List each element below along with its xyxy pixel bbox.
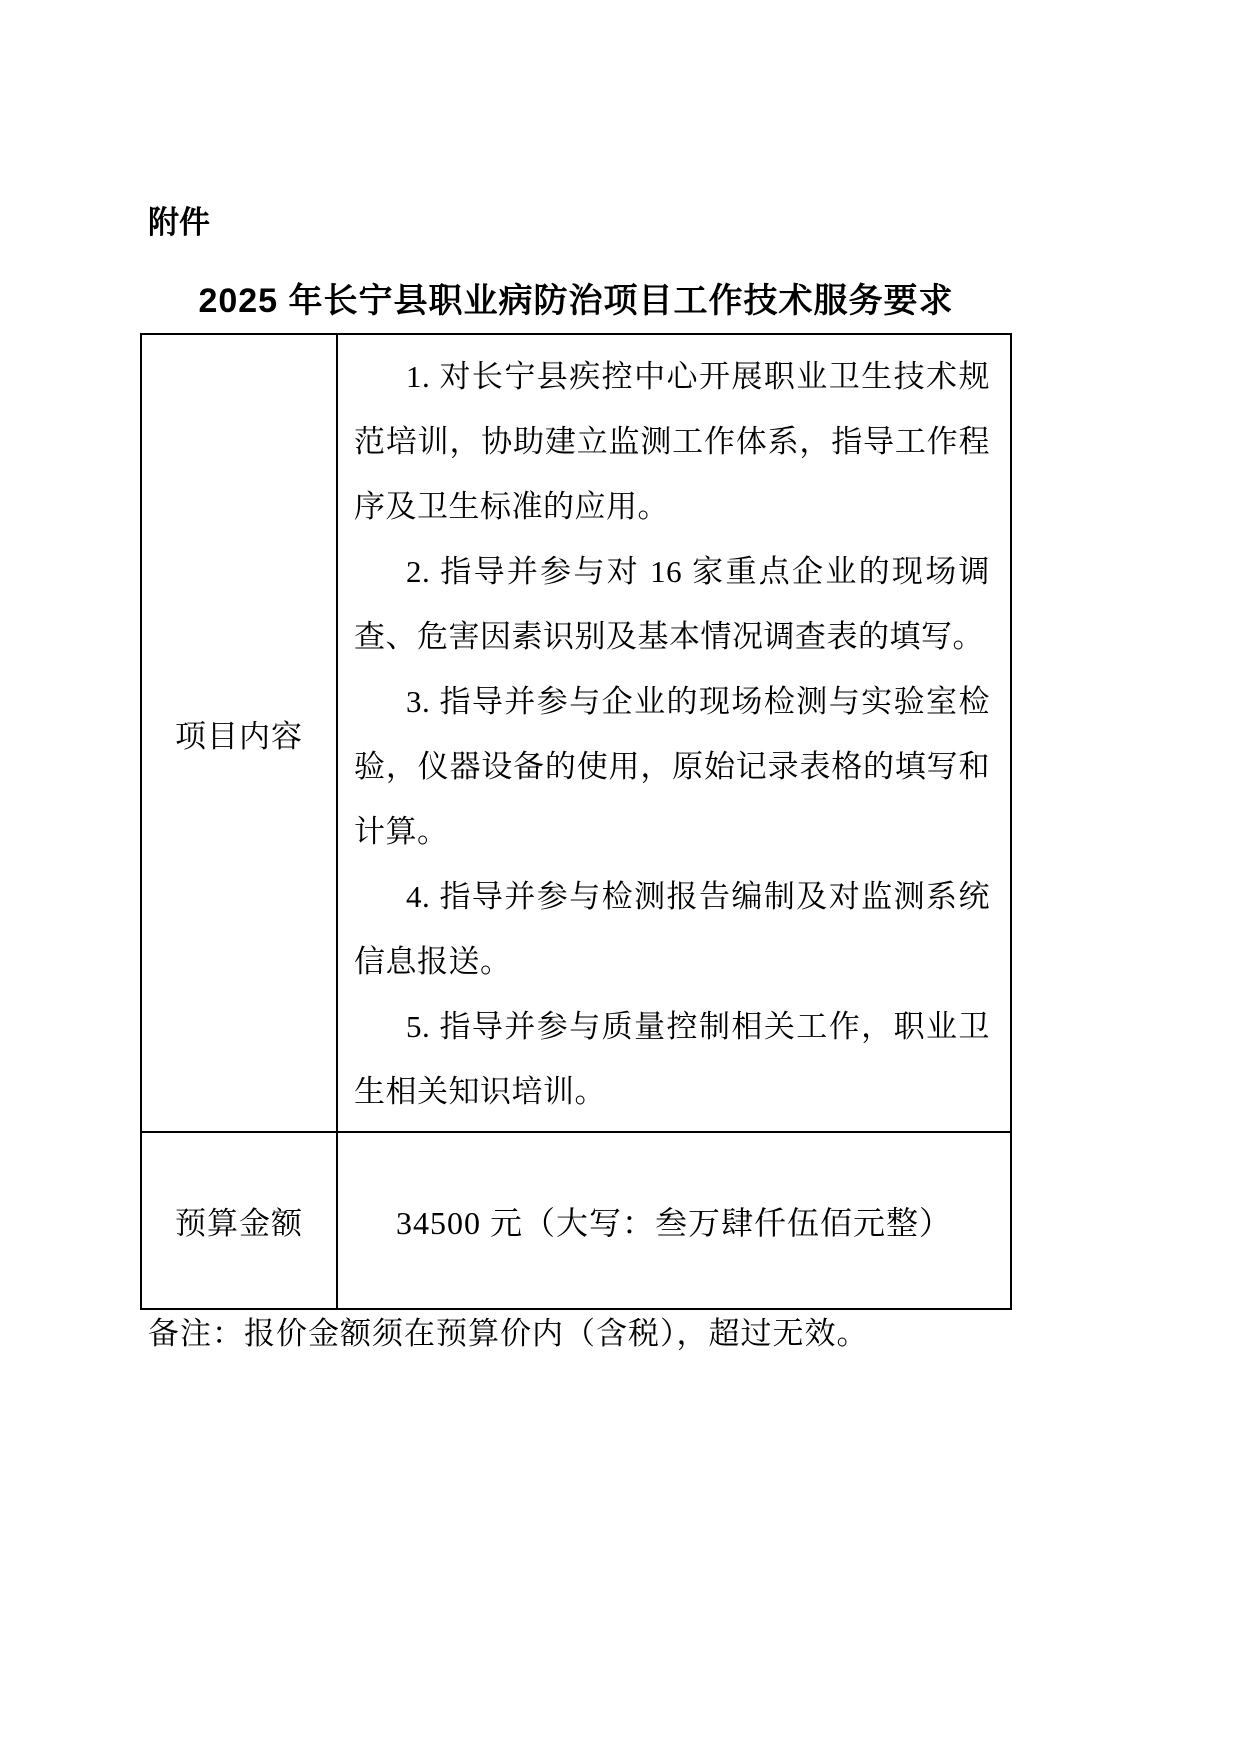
project-content-item-3: 3. 指导并参与企业的现场检测与实验室检验，仪器设备的使用，原始记录表格的填写和… [354,669,990,864]
budget-label: 预算金额 [141,1132,337,1309]
project-content-label: 项目内容 [141,334,337,1132]
project-content-item-2: 2. 指导并参与对 16 家重点企业的现场调查、危害因素识别及基本情况调查表的填… [354,539,990,669]
project-content-item-4: 4. 指导并参与检测报告编制及对监测系统信息报送。 [354,864,990,994]
project-content-item-5: 5. 指导并参与质量控制相关工作，职业卫生相关知识培训。 [354,994,990,1124]
document-title: 2025 年长宁县职业病防治项目工作技术服务要求 [140,281,1012,321]
project-content-item-1: 1. 对长宁县疾控中心开展职业卫生技术规范培训，协助建立监测工作体系，指导工作程… [354,344,990,539]
table-row-budget: 预算金额 34500 元（大写：叁万肆仟伍佰元整） [141,1132,1011,1309]
table-row-project-content: 项目内容 1. 对长宁县疾控中心开展职业卫生技术规范培训，协助建立监测工作体系，… [141,334,1011,1132]
budget-value: 34500 元（大写：叁万肆仟伍佰元整） [337,1132,1011,1309]
attachment-label: 附件 [148,203,210,243]
requirements-table: 项目内容 1. 对长宁县疾控中心开展职业卫生技术规范培训，协助建立监测工作体系，… [140,333,1012,1310]
project-content-cell: 1. 对长宁县疾控中心开展职业卫生技术规范培训，协助建立监测工作体系，指导工作程… [337,334,1011,1132]
remark-note: 备注：报价金额须在预算价内（含税），超过无效。 [148,1312,1048,1356]
document-page: 附件 2025 年长宁县职业病防治项目工作技术服务要求 项目内容 1. 对长宁县… [0,0,1240,1754]
